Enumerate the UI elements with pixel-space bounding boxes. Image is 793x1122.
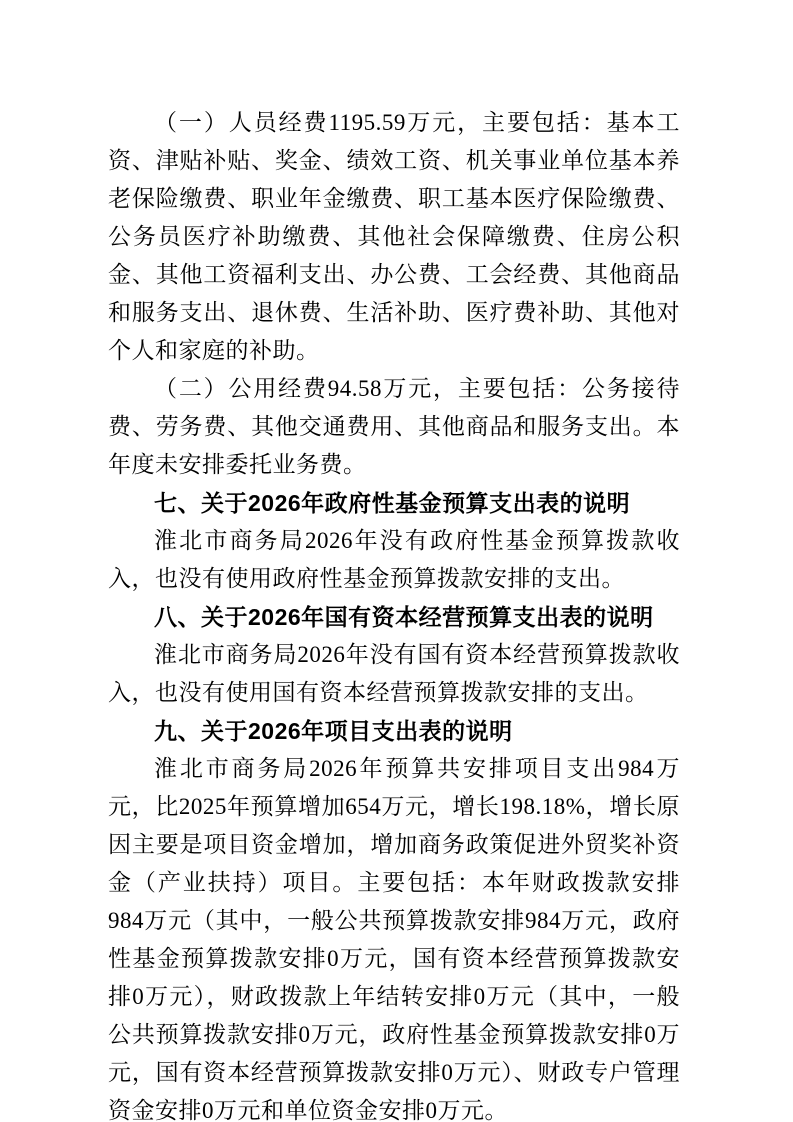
section-heading: 七、关于2026年政府性基金预算支出表的说明	[108, 484, 680, 522]
paragraph: （二）公用经费94.58万元，主要包括：公务接待费、劳务费、其他交通费用、其他商…	[108, 370, 680, 484]
section-heading: 九、关于2026年项目支出表的说明	[108, 712, 680, 750]
document-page: （一）人员经费1195.59万元，主要包括：基本工资、津贴补贴、奖金、绩效工资、…	[0, 0, 793, 1122]
paragraph: （一）人员经费1195.59万元，主要包括：基本工资、津贴补贴、奖金、绩效工资、…	[108, 104, 680, 370]
section-heading: 八、关于2026年国有资本经营预算支出表的说明	[108, 598, 680, 636]
paragraph: 淮北市商务局2026年没有国有资本经营预算拨款收入，也没有使用国有资本经营预算拨…	[108, 636, 680, 712]
document-body: （一）人员经费1195.59万元，主要包括：基本工资、津贴补贴、奖金、绩效工资、…	[108, 104, 680, 1122]
paragraph: 淮北市商务局2026年预算共安排项目支出984万元，比2025年预算增加654万…	[108, 750, 680, 1122]
paragraph: 淮北市商务局2026年没有政府性基金预算拨款收入，也没有使用政府性基金预算拨款安…	[108, 522, 680, 598]
